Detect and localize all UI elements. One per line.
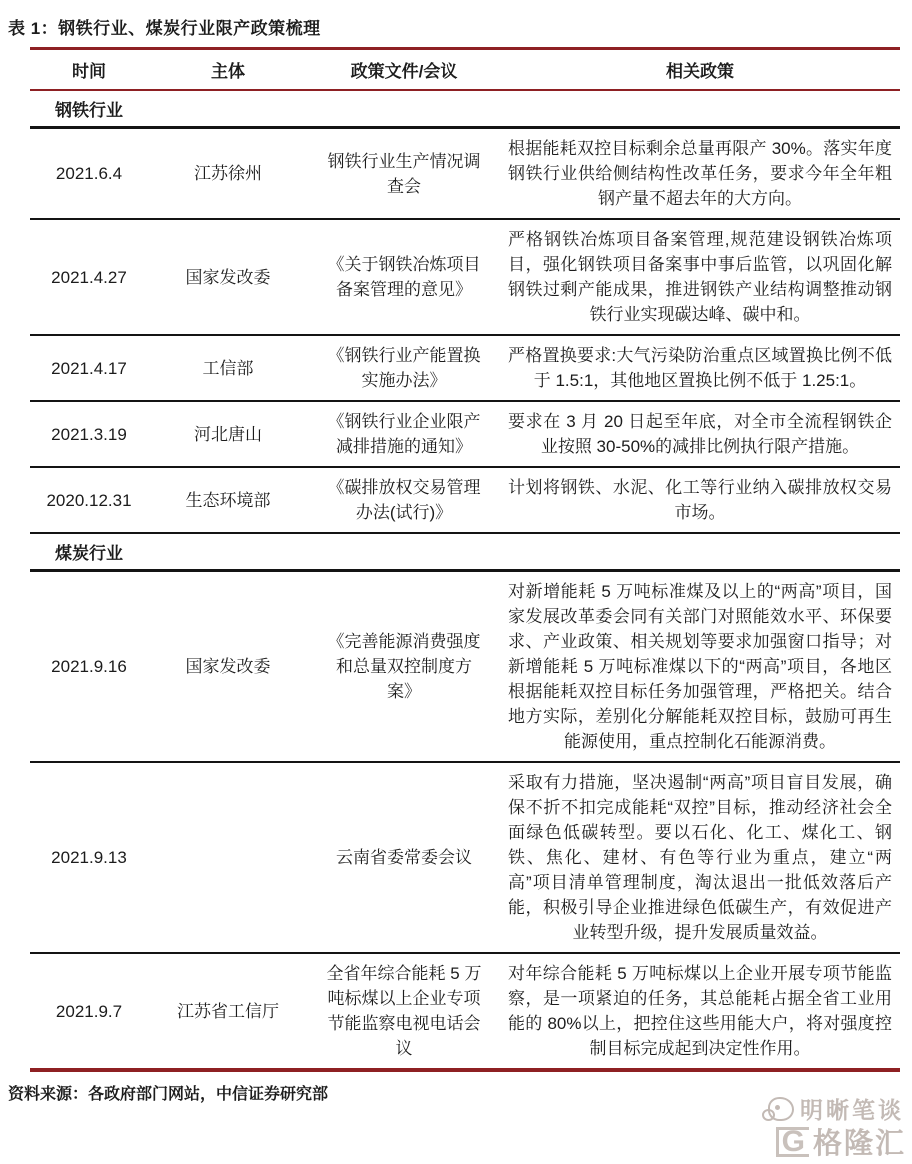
section-coal: 煤炭行业 <box>30 534 900 572</box>
table-title: 表 1：钢铁行业、煤炭行业限产政策梳理 <box>0 0 912 47</box>
section-steel: 钢铁行业 <box>30 91 900 129</box>
cell-subject: 国家发改委 <box>148 648 308 685</box>
cell-time: 2021.6.4 <box>30 155 148 192</box>
table-row: 2021.3.19 河北唐山 《钢铁行业企业限产减排措施的通知》 要求在 3 月… <box>30 402 900 468</box>
table-row: 2021.9.7 江苏省工信厅 全省年综合能耗 5 万吨标煤以上企业专项节能监察… <box>30 954 900 1072</box>
table-row: 2021.9.16 国家发改委 《完善能源消费强度和总量双控制度方案》 对新增能… <box>30 572 900 763</box>
cell-doc: 《钢铁行业产能置换实施办法》 <box>308 337 500 399</box>
header-policy: 相关政策 <box>500 57 900 82</box>
cell-doc: 《钢铁行业企业限产减排措施的通知》 <box>308 403 500 465</box>
cell-policy: 根据能耗双控目标剩余总量再限产 30%。落实年度钢铁行业供给侧结构性改革任务，要… <box>500 129 900 218</box>
table-row: 2020.12.31 生态环境部 《碳排放权交易管理办法(试行)》 计划将钢铁、… <box>30 468 900 534</box>
cell-subject: 生态环境部 <box>148 482 308 519</box>
policy-table: 时间 主体 政策文件/会议 相关政策 钢铁行业 2021.6.4 江苏徐州 钢铁… <box>30 47 900 1072</box>
cell-subject: 江苏徐州 <box>148 155 308 192</box>
cell-time: 2021.9.13 <box>30 839 148 876</box>
cell-subject: 工信部 <box>148 350 308 387</box>
cell-time: 2021.9.16 <box>30 648 148 685</box>
header-doc: 政策文件/会议 <box>308 57 500 82</box>
cell-policy: 对新增能耗 5 万吨标准煤及以上的“两高”项目，国家发展改革委会同有关部门对照能… <box>500 572 900 761</box>
table-row: 2021.4.17 工信部 《钢铁行业产能置换实施办法》 严格置换要求:大气污染… <box>30 336 900 402</box>
table-row: 2021.6.4 江苏徐州 钢铁行业生产情况调查会 根据能耗双控目标剩余总量再限… <box>30 129 900 220</box>
cell-subject: 河北唐山 <box>148 416 308 453</box>
cell-policy: 采取有力措施，坚决遏制“两高”项目盲目发展，确保不折不扣完成能耗“双控”目标，推… <box>500 763 900 952</box>
gelonghui-label: 格隆汇 <box>813 1121 906 1162</box>
mingxi-bitan-icon <box>768 1097 794 1121</box>
cell-subject <box>148 852 308 864</box>
cell-policy: 严格钢铁冶炼项目备案管理,规范建设钢铁冶炼项目，强化钢铁项目备案事中事后监管，以… <box>500 220 900 334</box>
header-time: 时间 <box>30 57 148 82</box>
cell-policy: 计划将钢铁、水泥、化工等行业纳入碳排放权交易市场。 <box>500 468 900 532</box>
cell-doc: 云南省委常委会议 <box>308 839 500 876</box>
cell-time: 2021.4.27 <box>30 259 148 296</box>
cell-doc: 钢铁行业生产情况调查会 <box>308 143 500 205</box>
table-row: 2021.4.27 国家发改委 《关于钢铁冶炼项目备案管理的意见》 严格钢铁冶炼… <box>30 220 900 336</box>
cell-doc: 《碳排放权交易管理办法(试行)》 <box>308 469 500 531</box>
cell-time: 2020.12.31 <box>30 482 148 519</box>
gelonghui-logo-icon: G <box>776 1127 809 1157</box>
table-header-row: 时间 主体 政策文件/会议 相关政策 <box>30 50 900 91</box>
gelonghui-watermark: G 格隆汇 <box>776 1121 906 1162</box>
cell-subject: 国家发改委 <box>148 259 308 296</box>
cell-time: 2021.4.17 <box>30 350 148 387</box>
cell-doc: 《关于钢铁冶炼项目备案管理的意见》 <box>308 246 500 308</box>
cell-policy: 要求在 3 月 20 日起至年底，对全市全流程钢铁企业按照 30-50%的减排比… <box>500 402 900 466</box>
cell-subject: 江苏省工信厅 <box>148 993 308 1030</box>
cell-doc: 《完善能源消费强度和总量双控制度方案》 <box>308 623 500 710</box>
cell-policy: 严格置换要求:大气污染防治重点区域置换比例不低于 1.5:1，其他地区置换比例不… <box>500 336 900 400</box>
cell-time: 2021.9.7 <box>30 993 148 1030</box>
table-row: 2021.9.13 云南省委常委会议 采取有力措施，坚决遏制“两高”项目盲目发展… <box>30 763 900 954</box>
header-subject: 主体 <box>148 57 308 82</box>
report-table-page: 表 1：钢铁行业、煤炭行业限产政策梳理 时间 主体 政策文件/会议 相关政策 钢… <box>0 0 912 1164</box>
cell-time: 2021.3.19 <box>30 416 148 453</box>
cell-doc: 全省年综合能耗 5 万吨标煤以上企业专项节能监察电视电话会议 <box>308 955 500 1067</box>
cell-policy: 对年综合能耗 5 万吨标煤以上企业开展专项节能监察，是一项紧迫的任务，其总能耗占… <box>500 954 900 1068</box>
